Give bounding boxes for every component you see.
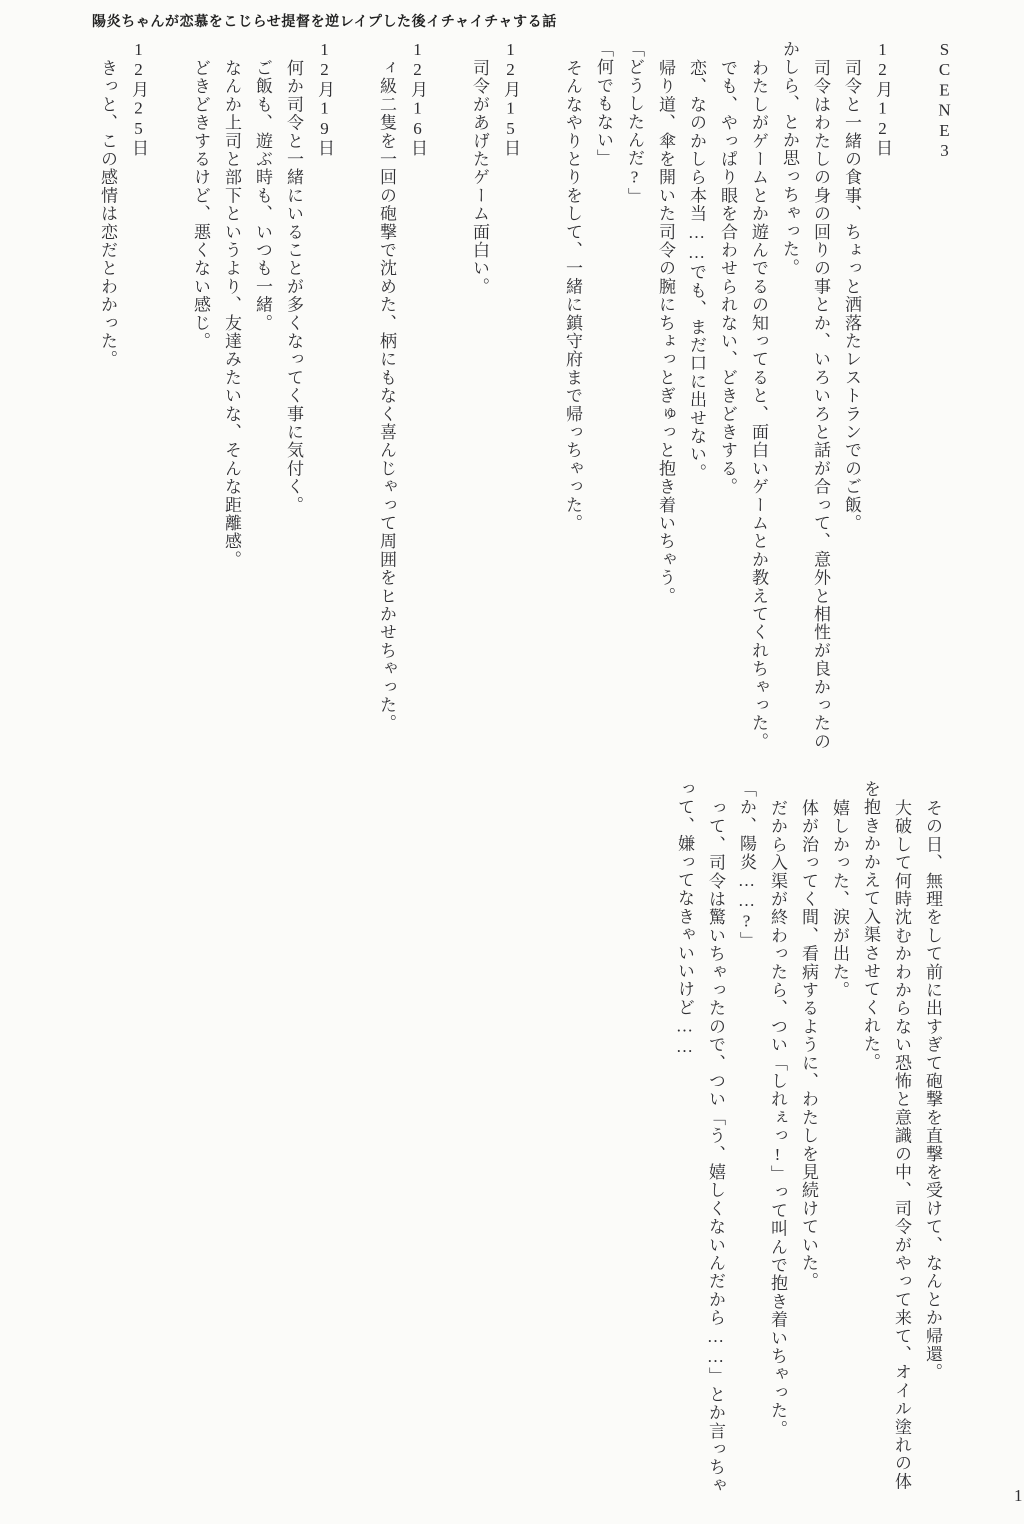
text-paragraph: 司令はわたしの身の回りの事とか、いろいろと話が合って、意外と相性が良かったのかし… [774,40,836,758]
dialogue-line: 「か、陽炎……?」 [731,780,762,1498]
text-paragraph: 体が治ってく間、看病するように、わたしを見続けていた。 [793,780,824,1498]
text-paragraph: 何か司令と一緒にいることが多くなってく事に気付く。 [278,40,309,758]
text-paragraph: なんか上司と部下というより、友達みたいな、そんな距離感。 [216,40,247,758]
date-heading: 12月25日 [123,40,154,758]
date-heading: 12月16日 [402,40,433,758]
text-paragraph: その日、無理をして前に出すぎて砲撃を直撃を受けて、なんとか帰還。 [917,780,948,1498]
date-heading: 12月19日 [309,40,340,758]
text-paragraph: でも、やっぱり眼を合わせられない、どきどきする。 [712,40,743,758]
text-paragraph: 司令があげたゲーム面白い。 [464,40,495,758]
text-paragraph: ご飯も、遊ぶ時も、いつも一緒。 [247,40,278,758]
scene-heading: SCENE3 [929,40,960,758]
text-paragraph: わたしがゲームとか遊んでるの知ってると、面白いゲームとか教えてくれちゃった。 [743,40,774,758]
page-header-title: 陽炎ちゃんが恋慕をこじらせ提督を逆レイプした後イチャイチャする話 [92,11,557,31]
text-paragraph: ィ級二隻を一回の砲撃で沈めた、柄にもなく喜んじゃって周囲をヒかせちゃった。 [371,40,402,758]
text-paragraph: 大破して何時沈むかわからない恐怖と意識の中、司令がやって来て、オイル塗れの体を抱… [855,780,917,1498]
text-band-lower: その日、無理をして前に出すぎて砲撃を直撃を受けて、なんとか帰還。大破して何時沈む… [638,780,948,1498]
text-paragraph: 帰り道、傘を開いた司令の腕にちょっとぎゅっと抱き着いちゃう。 [650,40,681,758]
page-number: 1 [1014,1486,1023,1506]
text-paragraph: どきどきするけど、悪くない感じ。 [185,40,216,758]
text-paragraph: だから入渠が終わったら、つい「しれぇっ!」って叫んで抱き着いちゃった。 [762,780,793,1498]
text-band-upper: SCENE312月12日司令と一緒の食事、ちょっと洒落たレストランでのご飯。司令… [84,40,960,758]
text-paragraph: きっと、この感情は恋だとわかった。 [92,40,123,758]
date-heading: 12月15日 [495,40,526,758]
text-paragraph: 恋、なのかしら本当……でも、まだ口に出せない。 [681,40,712,758]
text-paragraph: って、司令は驚いちゃったので、つい「う、嬉しくないんだから……」とか言っちゃって… [669,780,731,1498]
date-heading: 12月12日 [867,40,898,758]
dialogue-line: 「どうしたんだ?」 [619,40,650,758]
page-background: 陽炎ちゃんが恋慕をこじらせ提督を逆レイプした後イチャイチャする話 SCENE31… [0,0,1024,1524]
text-paragraph: 司令と一緒の食事、ちょっと洒落たレストランでのご飯。 [836,40,867,758]
text-paragraph: 嬉しかった、涙が出た。 [824,780,855,1498]
text-paragraph: そんなやりとりをして、一緒に鎮守府まで帰っちゃった。 [557,40,588,758]
scanned-novel-page: { "page": { "header_title": "陽炎ちゃんが恋慕をこじ… [0,0,1024,1524]
dialogue-line: 「何でもない」 [588,40,619,758]
